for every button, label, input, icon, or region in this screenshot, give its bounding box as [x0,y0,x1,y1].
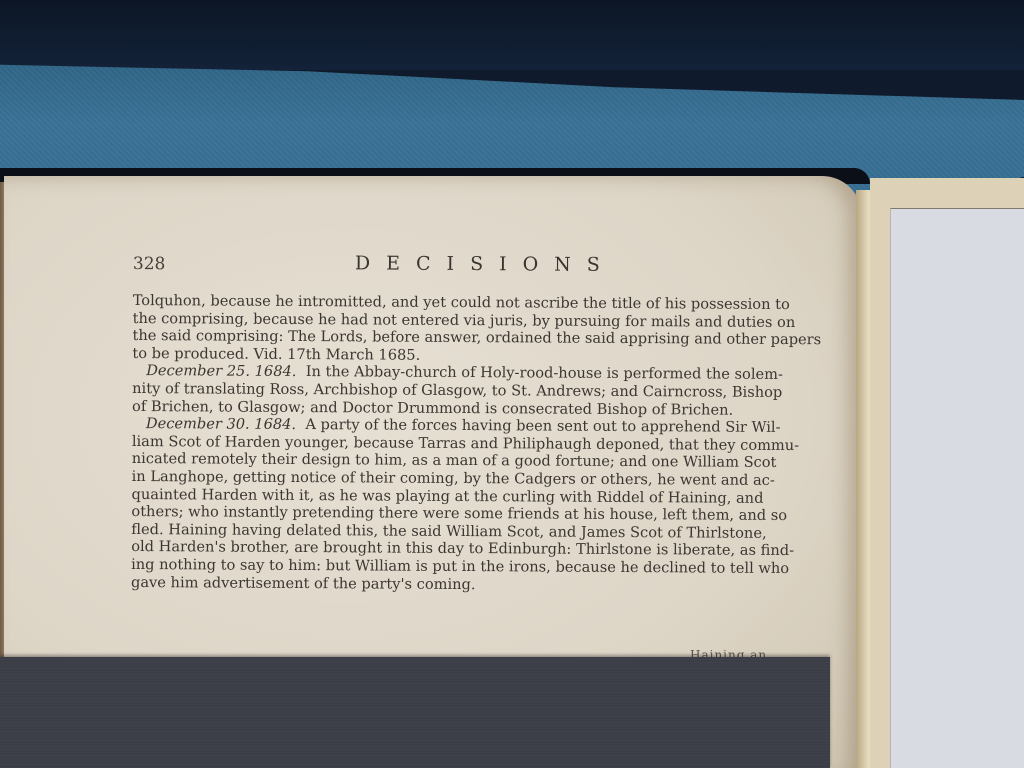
entry-date: December 25. 1684. [146,362,296,380]
paragraph-tolquhon: Tolquhon, because he intromitted, and ye… [132,292,822,367]
entry-date: December 30. 1684. [146,415,296,433]
text-fragment: In the Abbay-church of Holy-rood-house i… [306,363,783,383]
running-title: DECISIONS [355,255,616,274]
dark-backdrop [0,0,1024,70]
page-text: 328 DECISIONS Tolquhon, because he intro… [131,256,823,595]
text-fragment: A party of the forces having been sent o… [305,416,780,436]
paragraph-dec-25: December 25. 1684. In the Abbay-church o… [132,362,822,419]
paragraph-dec-30: December 30. 1684. A party of the forces… [131,415,822,595]
page-header: 328 DECISIONS [133,256,823,296]
page-number: 328 [133,256,166,274]
dark-masking-card [0,657,830,768]
white-insert-card [890,208,1024,768]
